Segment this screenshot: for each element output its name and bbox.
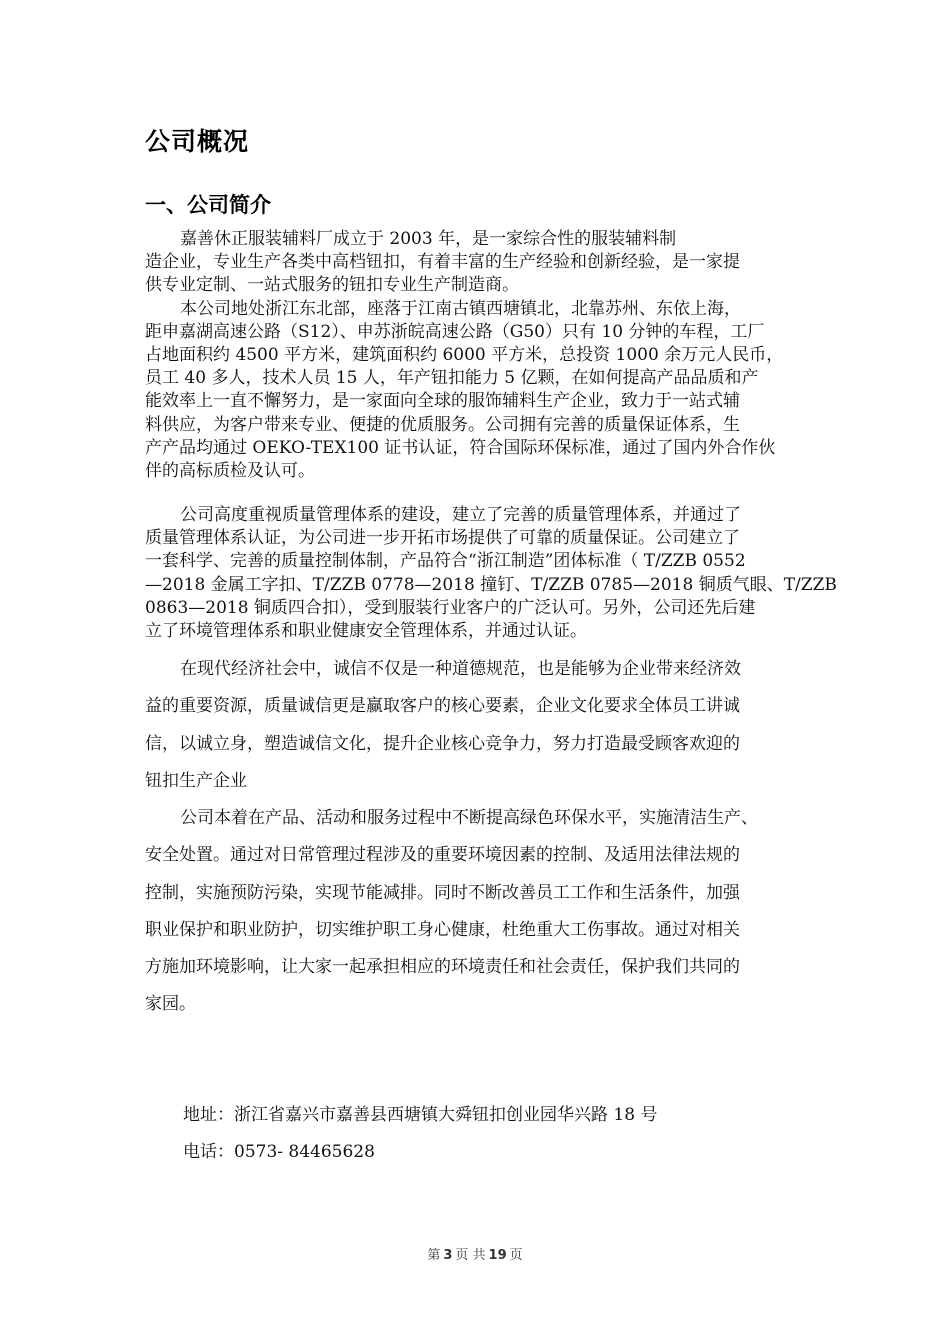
address-text: 地址：浙江省嘉兴市嘉善县西塘镇大舜钮扣创业园华兴路 18 号	[183, 1097, 657, 1134]
section-heading: 一、公司简介	[145, 189, 271, 219]
paragraph-intro: 嘉善休正服装辅料厂成立于 2003 年，是一家综合性的服装辅料制 造企业，专业生…	[145, 228, 810, 298]
text-line: 距申嘉湖高速公路（S12）、申苏浙皖高速公路（G50）只有 10 分钟的车程，工…	[145, 321, 810, 344]
text-line: 安全处置。通过对日常管理过程涉及的重要环境因素的控制、及适用法律法规的	[145, 837, 810, 874]
text-line: 公司高度重视质量管理体系的建设，建立了完善的质量管理体系，并通过了	[145, 504, 810, 527]
page-footer: 第3页 共19页	[0, 1244, 950, 1263]
text-line: 立了环境管理体系和职业健康安全管理体系，并通过认证。	[145, 620, 810, 643]
text-line: 伴的高标质检及认可。	[145, 460, 810, 483]
paragraph-integrity: 在现代经济社会中，诚信不仅是一种道德规范，也是能够为企业带来经济效 益的重要资源…	[145, 651, 810, 800]
current-page-number: 3	[443, 1248, 452, 1263]
text-line: —2018 金属工字扣、T/ZZB 0778—2018 撞钉、T/ZZB 078…	[145, 574, 810, 597]
paragraph-environment: 公司本着在产品、活动和服务过程中不断提高绿色环保水平，实施清洁生产、 安全处置。…	[145, 800, 810, 1024]
text-line: 益的重要资源，质量诚信更是赢取客户的核心要素，企业文化要求全体员工讲诚	[145, 688, 810, 725]
text-line: 控制，实施预防污染，实现节能减排。同时不断改善员工工作和生活条件，加强	[145, 875, 810, 912]
text-line: 家园。	[145, 986, 810, 1023]
text-line: 供专业定制、一站式服务的钮扣专业生产制造商。	[145, 274, 810, 297]
paragraph-quality: 公司高度重视质量管理体系的建设，建立了完善的质量管理体系，并通过了 质量管理体系…	[145, 504, 810, 643]
contact-info: 地址：浙江省嘉兴市嘉善县西塘镇大舜钮扣创业园华兴路 18 号 电话：0573- …	[183, 1097, 657, 1171]
text-line: 职业保护和职业防护，切实维护职工身心健康，杜绝重大工伤事故。通过对相关	[145, 912, 810, 949]
text-line: 钮扣生产企业	[145, 763, 810, 800]
text-line: 产产品均通过 OEKO-TEX100 证书认证，符合国际环保标准，通过了国内外合…	[145, 437, 810, 460]
text-line: 信，以诚立身，塑造诚信文化，提升企业核心竞争力，努力打造最受顾客欢迎的	[145, 726, 810, 763]
text-line: 方施加环境影响，让大家一起承担相应的环境责任和社会责任，保护我们共同的	[145, 949, 810, 986]
text-line: 料供应，为客户带来专业、便捷的优质服务。公司拥有完善的质量保证体系，生	[145, 414, 810, 437]
document-page: 公司概况 一、公司简介 嘉善休正服装辅料厂成立于 2003 年，是一家综合性的服…	[0, 0, 950, 1343]
page-title: 公司概况	[145, 122, 249, 158]
text-line: 0863—2018 铜质四合扣），受到服装行业客户的广泛认可。另外，公司还先后建	[145, 597, 810, 620]
total-pages-number: 19	[489, 1248, 507, 1263]
footer-suffix: 页	[510, 1248, 523, 1263]
text-line: 能效率上一直不懈努力，是一家面向全球的服饰辅料生产企业，致力于一站式辅	[145, 390, 810, 413]
paragraph-location: 本公司地处浙江东北部，座落于江南古镇西塘镇北，北靠苏州、东依上海， 距申嘉湖高速…	[145, 298, 810, 484]
text-line: 造企业，专业生产各类中高档钮扣，有着丰富的生产经验和创新经验，是一家提	[145, 251, 810, 274]
text-line: 本公司地处浙江东北部，座落于江南古镇西塘镇北，北靠苏州、东依上海，	[145, 298, 810, 321]
footer-mid: 页 共	[455, 1248, 485, 1263]
text-line: 占地面积约 4500 平方米，建筑面积约 6000 平方米，总投资 1000 余…	[145, 344, 810, 367]
text-line: 质量管理体系认证，为公司进一步开拓市场提供了可靠的质量保证。公司建立了	[145, 527, 810, 550]
text-line: 员工 40 多人，技术人员 15 人，年产钮扣能力 5 亿颗，在如何提高产品品质…	[145, 367, 810, 390]
text-line: 一套科学、完善的质量控制体制，产品符合“浙江制造”团体标准（ T/ZZB 055…	[145, 550, 810, 573]
phone-text: 电话：0573- 84465628	[183, 1134, 657, 1171]
text-line: 在现代经济社会中，诚信不仅是一种道德规范，也是能够为企业带来经济效	[145, 651, 810, 688]
text-line: 嘉善休正服装辅料厂成立于 2003 年，是一家综合性的服装辅料制	[145, 228, 810, 251]
footer-prefix: 第	[427, 1248, 440, 1263]
text-line: 公司本着在产品、活动和服务过程中不断提高绿色环保水平，实施清洁生产、	[145, 800, 810, 837]
